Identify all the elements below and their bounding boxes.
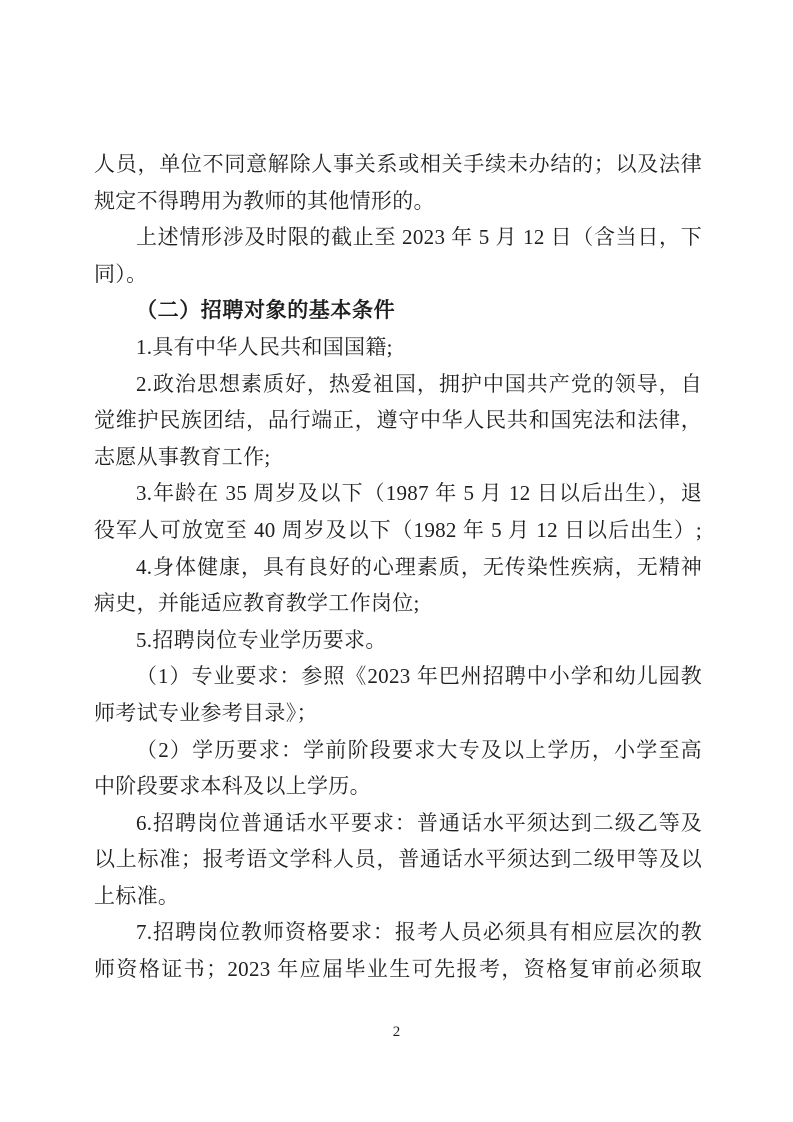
text-line: 上述情形涉及时限的截止至 2023 年 5 月 12 日（含当日，下 bbox=[94, 219, 702, 256]
text-line: 同）。 bbox=[94, 256, 702, 293]
text-line: （2）学历要求：学前阶段要求大专及以上学历，小学至高 bbox=[94, 732, 702, 769]
document-body: 人员，单位不同意解除人事关系或相关手续未办结的；以及法律 规定不得聘用为教师的其… bbox=[94, 146, 702, 988]
text-line: 7.招聘岗位教师资格要求：报考人员必须具有相应层次的教 bbox=[94, 914, 702, 951]
text-line: 4.身体健康，具有良好的心理素质，无传染性疾病，无精神 bbox=[94, 549, 702, 586]
text-line: 5.招聘岗位专业学历要求。 bbox=[94, 622, 702, 659]
text-line: 3.年龄在 35 周岁及以下（1987 年 5 月 12 日以后出生），退 bbox=[94, 475, 702, 512]
text-line: 师考试专业参考目录》； bbox=[94, 695, 702, 732]
page-number: 2 bbox=[0, 1024, 793, 1041]
text-line: （1）专业要求：参照《2023 年巴州招聘中小学和幼儿园教 bbox=[94, 658, 702, 695]
text-line: 役军人可放宽至 40 周岁及以下（1982 年 5 月 12 日以后出生）; bbox=[94, 512, 702, 549]
text-line: 中阶段要求本科及以上学历。 bbox=[94, 768, 702, 805]
text-line: 2.政治思想素质好，热爱祖国，拥护中国共产党的领导，自 bbox=[94, 366, 702, 403]
text-line: 人员，单位不同意解除人事关系或相关手续未办结的；以及法律 bbox=[94, 146, 702, 183]
text-line: 以上标准；报考语文学科人员，普通话水平须达到二级甲等及以 bbox=[94, 841, 702, 878]
text-line: 志愿从事教育工作; bbox=[94, 439, 702, 476]
document-page: 人员，单位不同意解除人事关系或相关手续未办结的；以及法律 规定不得聘用为教师的其… bbox=[0, 0, 793, 1122]
section-heading: （二）招聘对象的基本条件 bbox=[94, 292, 702, 329]
text-line: 病史，并能适应教育教学工作岗位; bbox=[94, 585, 702, 622]
text-line: 规定不得聘用为教师的其他情形的。 bbox=[94, 183, 702, 220]
text-line: 1.具有中华人民共和国国籍; bbox=[94, 329, 702, 366]
text-line: 6.招聘岗位普通话水平要求：普通话水平须达到二级乙等及 bbox=[94, 805, 702, 842]
text-line: 上标准。 bbox=[94, 878, 702, 915]
text-line: 师资格证书；2023 年应届毕业生可先报考，资格复审前必须取 bbox=[94, 951, 702, 988]
text-line: 觉维护民族团结，品行端正，遵守中华人民共和国宪法和法律， bbox=[94, 402, 702, 439]
